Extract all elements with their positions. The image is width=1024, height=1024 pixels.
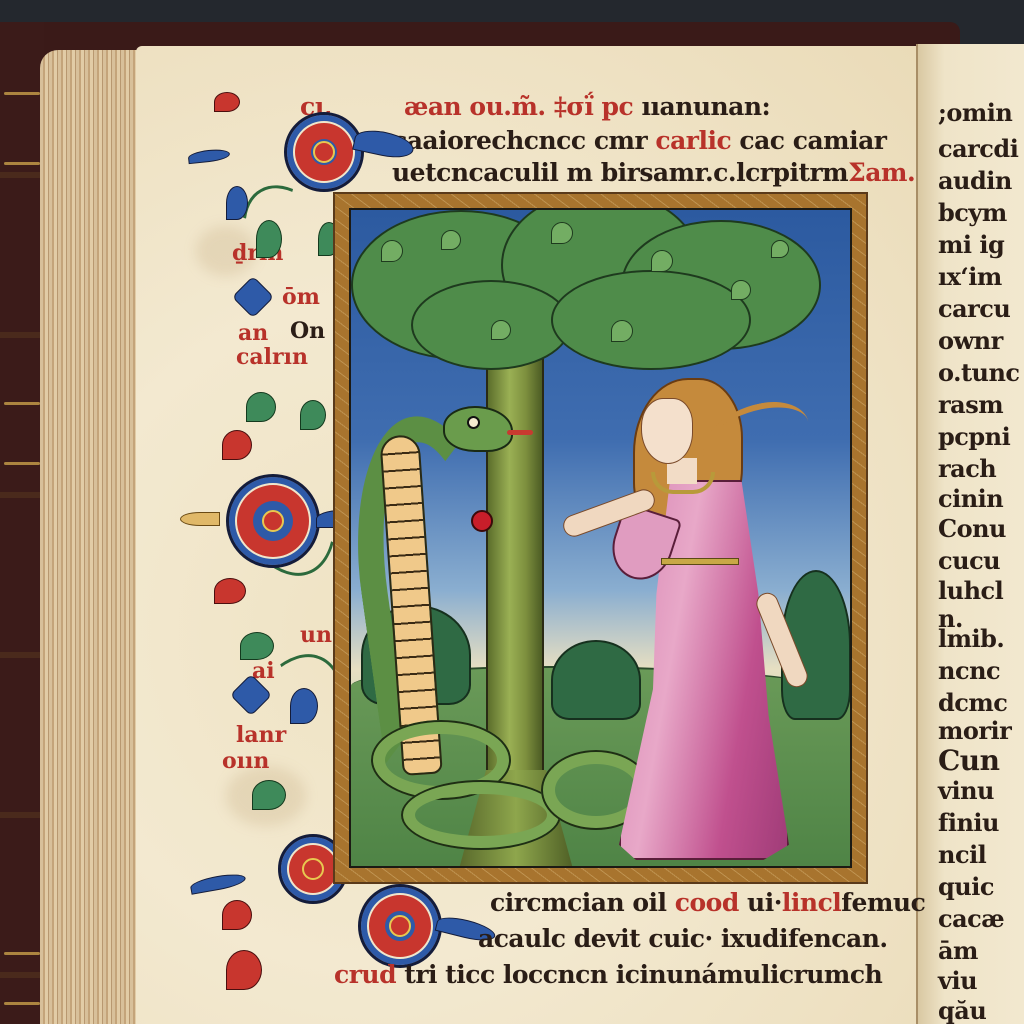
green-acanthus-leaf xyxy=(246,392,276,422)
serpent-head xyxy=(443,406,513,452)
red-leaf-flourish xyxy=(214,578,246,604)
illuminated-initial-middle xyxy=(226,474,320,568)
green-acanthus-leaf xyxy=(240,632,274,660)
margin-word: un xyxy=(300,622,332,648)
right-page-line: ;omin xyxy=(938,98,1012,127)
forbidden-fruit xyxy=(471,510,493,532)
bottom-text-line-1: circmcian oil cood ui·linclfemuc xyxy=(490,888,925,917)
leaf xyxy=(491,320,511,340)
right-page-line: lmib. xyxy=(938,624,1004,653)
serpent-eye xyxy=(467,416,480,429)
leaf xyxy=(441,230,461,250)
right-page-line: finiu xyxy=(938,808,999,837)
illuminated-initial-top xyxy=(284,112,364,192)
arrow-finial xyxy=(180,512,220,526)
leaf xyxy=(771,240,789,258)
script-text: ııanunan: xyxy=(633,92,770,121)
leaf xyxy=(551,222,573,244)
right-page-line: vinu xyxy=(938,776,994,805)
top-text-line-3: uetcncaculil m birsamr.c.lcrpitrmƩam. xyxy=(392,158,915,187)
eve-face xyxy=(641,398,693,464)
red-leaf-flourish xyxy=(222,900,252,930)
leaf xyxy=(651,250,673,272)
page-edge-stack xyxy=(40,50,140,1024)
right-page-line: carcdi xyxy=(938,134,1018,163)
right-page-line: cinin xyxy=(938,484,1003,513)
right-page-line: pcpni xyxy=(938,422,1010,451)
rubric-text: lincl xyxy=(782,888,841,917)
gilt-ornament xyxy=(4,162,40,165)
gilt-ornament xyxy=(4,92,40,95)
tree-canopy xyxy=(551,270,751,370)
right-page-line: ncnc xyxy=(938,656,1000,685)
right-page-line: ām xyxy=(938,936,978,965)
gilt-ornament xyxy=(4,1002,40,1005)
right-page-line: rasm xyxy=(938,390,1003,419)
green-acanthus-leaf xyxy=(252,780,286,810)
script-text: cac camiar xyxy=(731,126,886,155)
margin-word: an xyxy=(238,320,268,346)
top-text-line-1: cı, æan ou.m̃. ‡σḯ pc ııanunan: xyxy=(300,92,770,121)
eve-gold-belt xyxy=(661,558,739,565)
rubric-text: cood xyxy=(675,888,739,917)
green-acanthus-leaf xyxy=(256,220,282,258)
leaf xyxy=(731,280,751,300)
serpent-tongue xyxy=(507,430,533,435)
serpent-coil xyxy=(401,780,561,850)
right-page-rubric-line: Cun xyxy=(938,744,1000,777)
right-page-line: audin xyxy=(938,166,1012,195)
rubric-text: ‡σḯ pc xyxy=(554,92,633,121)
margin-word: calrın xyxy=(236,344,308,370)
script-text: femuc xyxy=(841,888,925,917)
script-text: uetcncaculil m birsamr.c.lcrpitrm xyxy=(392,158,848,187)
script-text: circmcian oil xyxy=(490,888,675,917)
right-page-line: ncil xyxy=(938,840,986,869)
illuminated-initial-bottom xyxy=(358,884,442,968)
red-leaf-flourish xyxy=(214,92,240,112)
top-text-line-2: caaiorechcncc cmr carlic cac camiar xyxy=(392,126,886,155)
bottom-text-line-3: crud tri ticc loccncn icinunámulicrumch xyxy=(334,960,882,989)
right-page-line: cacæ xyxy=(938,904,1004,933)
right-page-line: quic xyxy=(938,872,994,901)
gilt-ornament xyxy=(4,952,40,955)
script-text: caaiorechcncc cmr xyxy=(392,126,655,155)
right-page-line: rach xyxy=(938,454,996,483)
right-page-line: cucu xyxy=(938,546,1000,575)
rubric-text: æan ou.m̃. xyxy=(404,92,546,121)
script-text: acaulc devit cuic· ixudifencan. xyxy=(478,924,888,953)
right-page-line: bcym xyxy=(938,198,1007,227)
miniature-scene xyxy=(349,208,852,868)
right-page-rubric-line: morir xyxy=(938,716,1011,745)
green-acanthus-leaf xyxy=(300,400,326,430)
script-text: ui· xyxy=(739,888,782,917)
miniature-frame-gilded xyxy=(333,192,868,884)
rubric-text: carlic xyxy=(655,126,731,155)
gilt-ornament xyxy=(4,462,40,465)
right-page-line: luhcl xyxy=(938,576,1003,605)
right-page-line: Conu xyxy=(938,514,1006,543)
right-page-line: ownr xyxy=(938,326,1003,355)
right-page-line: dcmc xyxy=(938,688,1007,717)
right-page-line: viu xyxy=(938,966,977,995)
bottom-text-line-2: acaulc devit cuic· ixudifencan. xyxy=(478,924,888,953)
leaf xyxy=(611,320,633,342)
rubric-text: crud xyxy=(334,960,396,989)
blue-acanthus-leaf xyxy=(226,186,248,220)
leaf xyxy=(381,240,403,262)
right-page-line: ıx‘im xyxy=(938,262,1002,291)
red-leaf-flourish xyxy=(226,950,262,990)
right-page-line: mi ig xyxy=(938,230,1004,259)
red-leaf-flourish xyxy=(222,430,252,460)
rubric-text: Ʃam. xyxy=(848,158,915,187)
blue-acanthus-leaf xyxy=(290,688,318,724)
bush xyxy=(551,640,641,720)
manuscript-photo: cı, æan ou.m̃. ‡σḯ pc ııanunan: caaiorec… xyxy=(0,0,1024,1024)
script-text: tri ticc loccncn icinunámulicrumch xyxy=(396,960,882,989)
gilt-ornament xyxy=(4,402,40,405)
right-page-line: qău xyxy=(938,996,986,1024)
right-page-line: o.tunc xyxy=(938,358,1020,387)
right-page-line: carcu xyxy=(938,294,1010,323)
margin-word: On xyxy=(290,318,325,344)
